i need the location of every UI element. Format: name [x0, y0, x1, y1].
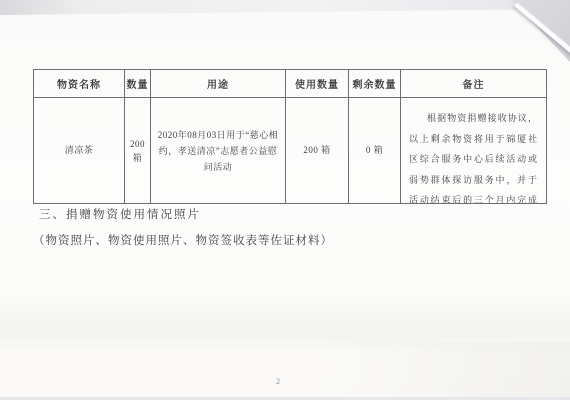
scan-texture-right — [320, 342, 570, 400]
col-header-remark: 备注 — [401, 70, 546, 98]
cell-used-quantity: 200 箱 — [286, 98, 349, 203]
cell-usage: 2020年08月03日用于“慈心相约，孝送清凉”志愿者公益慰问活动 — [151, 98, 286, 203]
cell-quantity: 200 箱 — [125, 98, 151, 203]
scan-top-band — [0, 0, 570, 15]
page-number: 2 — [272, 377, 284, 386]
scanned-page: 物资名称 数量 用途 使用数量 剩余数量 备注 清凉茶 200 箱 2020年0… — [0, 0, 570, 400]
col-header-quantity: 数量 — [125, 70, 151, 98]
section-heading: 三、捐赠物资使用情况照片 — [39, 206, 201, 222]
cell-material-name: 清凉茶 — [34, 98, 125, 203]
section-subheading: （物资照片、物资使用照片、物资签收表等佐证材料） — [33, 232, 333, 248]
col-header-material-name: 物资名称 — [34, 70, 125, 98]
cell-remark: 根据物资捐赠接收协议，以上剩余物资将用于锦厦社区综合服务中心后续活动或弱势群体探… — [401, 98, 546, 203]
col-header-usage: 用途 — [151, 70, 286, 98]
donation-usage-table: 物资名称 数量 用途 使用数量 剩余数量 备注 清凉茶 200 箱 2020年0… — [33, 69, 547, 204]
cell-remaining-quantity: 0 箱 — [349, 98, 401, 203]
col-header-used-quantity: 使用数量 — [286, 70, 349, 98]
col-header-remaining-quantity: 剩余数量 — [349, 70, 401, 98]
